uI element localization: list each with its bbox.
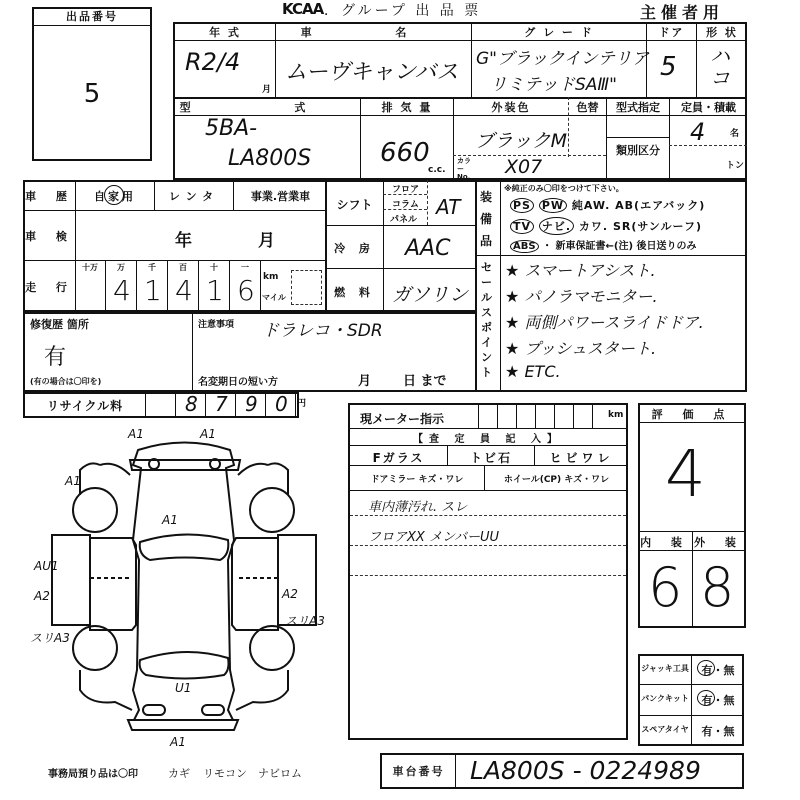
mileage-digit-cell: 十1 (199, 260, 230, 312)
inspection-month-unit: 月 (258, 226, 275, 251)
color-no-label: カラーNo. (457, 157, 477, 181)
lot-label: 出品番号 (34, 9, 150, 26)
tool-label: スペアタイヤ (640, 724, 690, 735)
ac-value: AAC (405, 236, 450, 261)
star-icon: ★ (505, 313, 519, 332)
remark-line-2: フロアXX メンバーUU (368, 526, 499, 545)
recycle-digit-cell: 9 (235, 392, 265, 418)
sales-point-item: ★ 両側パワースライドドア. (505, 310, 704, 333)
star-icon: ★ (505, 287, 519, 306)
glass-chip: トビ石 (448, 449, 534, 466)
shift-option-floor: フロア (392, 182, 419, 195)
damage-mark: A1 (64, 474, 81, 488)
shift-option-panel: パネル (390, 212, 417, 225)
glass-crack: ヒビワレ (535, 449, 628, 466)
sales-points-label: セールスポイント (481, 260, 495, 380)
name-change-label: 名変期日の短い方 (198, 373, 278, 388)
recycle-digit-cell: 7 (205, 392, 235, 418)
door-label: ドア (647, 24, 696, 40)
tool-label: パンクキット (640, 693, 690, 704)
mileage-unit-mile: マイル (262, 292, 286, 303)
damage-mark: A1 (169, 735, 186, 749)
damage-mark: スリA3 (30, 631, 70, 645)
tool-label: ジャッキ工具 (640, 663, 690, 674)
chassis-value: LA800S - 0224989 (470, 756, 701, 785)
equipment-row2: TV ナビ. カワ. SR(サンルーフ) (510, 217, 702, 235)
grade-line2: リミテッドSAⅢ" (490, 70, 617, 95)
mileage-label: 走 行 (25, 279, 75, 295)
meter-label: 現メーター指示 (360, 410, 444, 427)
mileage-digit-cell: 一6 (230, 260, 261, 312)
recycle-digit-cell (145, 392, 175, 418)
type-designation-label: 型式指定 (607, 99, 669, 115)
exterior-label: 外 装 (692, 534, 746, 550)
history-option-rental: レンタ (155, 188, 233, 204)
office-note: 事務局預り品は〇印 (48, 765, 138, 780)
office-item-remote: リモコン (203, 765, 247, 781)
mileage-digit-cell: 千1 (137, 260, 168, 312)
damage-mark: U1 (175, 681, 191, 695)
damage-mark: A1 (199, 427, 216, 441)
model-label: 型 式 (175, 99, 360, 115)
mirror-label: ドアミラー キズ・ワレ (350, 472, 484, 485)
lot-number: 5 (34, 79, 150, 109)
glass-label: Fガラス (350, 449, 447, 466)
mileage-digit-cell: 十万 (75, 260, 106, 312)
year-label: 年 式 (175, 24, 275, 40)
model-line1: 5BA- (205, 116, 257, 141)
header-title: ．グループ 出 品 票 (324, 0, 481, 20)
star-icon: ★ (505, 261, 519, 280)
fuel-value: ガソリン (392, 280, 468, 307)
score-overall: 4 (665, 438, 706, 512)
header-brand: KCAA (282, 0, 323, 18)
interior-label: 内 装 (638, 534, 692, 550)
displacement-label: 排 気 量 (361, 99, 453, 115)
recycle-digit-cell: 0 (265, 392, 295, 418)
door-value: 5 (660, 52, 677, 82)
shift-label: シフト (326, 196, 383, 213)
equipment-note: ※純正のみ〇印をつけて下さい。 (504, 183, 624, 194)
capacity-value: 4 (690, 118, 705, 146)
recycle-label: リサイクル料 (25, 397, 145, 414)
name-change-day: 日 まで (403, 370, 447, 389)
capacity-label: 定員・積載 (670, 99, 747, 115)
sales-point-item: ★ スマートアシスト. (505, 258, 656, 281)
damage-mark: A1 (127, 427, 144, 441)
mileage-unit-km: km (263, 272, 278, 282)
repair-label: 修復歴 箇所 (30, 316, 89, 332)
shift-value: AT (436, 195, 460, 219)
model-line2: LA800S (228, 146, 311, 171)
lot-box: 出品番号 5 (32, 7, 152, 161)
wheel-label: ホイール(CP) キズ・ワレ (485, 472, 628, 485)
tool-value: 有・無 (693, 723, 743, 739)
repair-value: 有 (44, 340, 66, 371)
car-name-value: ムーヴキャンバス (285, 55, 458, 86)
star-icon: ★ (505, 362, 519, 381)
mileage-digit-cell: 万4 (106, 260, 137, 312)
inspector-label: 【査 定 員 記 入】 (348, 430, 628, 445)
sales-point-item: ★ ETC. (505, 362, 561, 381)
shape-label: 形 状 (697, 24, 747, 40)
car-name-label: 車 名 (276, 24, 471, 40)
exterior-score: 8 (700, 556, 734, 619)
header-usage: 主催者用 (640, 0, 724, 23)
score-label: 評 価 点 (638, 406, 746, 422)
color-value: ブラックM (475, 126, 567, 153)
fuel-label: 燃 料 (326, 284, 383, 300)
load-unit: トン (726, 158, 744, 171)
inspection-year-unit: 年 (175, 226, 192, 251)
inspection-label: 車 検 (25, 228, 75, 244)
office-item-navrom: ナビロム (258, 765, 302, 781)
grade-label: グ レ ー ド (472, 24, 646, 40)
displacement-unit: c.c. (428, 165, 446, 175)
damage-mark: A1 (161, 513, 178, 527)
office-item-key: カギ (168, 765, 190, 781)
meter-unit: km (608, 410, 623, 420)
damage-mark: A2 (281, 587, 298, 601)
chassis-label: 車台番号 (382, 763, 455, 779)
damage-mark: AU1 (33, 559, 59, 573)
name-change-month: 月 (358, 370, 371, 389)
recycle-digit-cell: 8 (175, 392, 205, 418)
history-option-business: 事業.営業車 (234, 188, 327, 204)
star-icon: ★ (505, 339, 519, 358)
category-label: 類別区分 (607, 142, 669, 158)
history-label: 車 歴 (25, 188, 75, 204)
shape-value: ハコ (710, 45, 730, 89)
displacement-value: 660 (380, 138, 430, 168)
repair-note: (有の場合は〇印を) (30, 376, 101, 387)
capacity-unit: 名 (730, 126, 739, 139)
mileage-digit-cell: 百4 (168, 260, 199, 312)
notes-label: 注意事項 (198, 317, 234, 330)
grade-line1: G"ブラックインテリア (476, 44, 649, 69)
remark-line-1: 車内薄汚れ. スレ (368, 496, 467, 515)
year-value: R2/4 (185, 48, 240, 76)
damage-mark: スリA3 (285, 614, 325, 628)
damage-mark: A2 (33, 589, 50, 603)
notes-value: ドラレコ・SDR (262, 316, 383, 341)
year-month-unit: 月 (262, 82, 271, 95)
color-label: 外装色 (454, 99, 568, 115)
sales-point-item: ★ プッシュスタート. (505, 336, 656, 359)
car-damage-diagram: A1A1A1A1AU1A2スリA3A2スリA3U1A1 (20, 420, 340, 750)
interior-score: 6 (648, 556, 682, 619)
equipment-row1: PS PW 純AW. AB(エアバック) (510, 197, 705, 213)
ac-label: 冷 房 (326, 240, 383, 256)
color-change-label: 色替 (569, 99, 606, 115)
equipment-row3: ABS ・ 新車保証書←(注) 後日送りのみ (510, 237, 697, 253)
sales-point-item: ★ パノラマモニター. (505, 284, 658, 307)
equipment-label: 装備品 (480, 186, 495, 252)
color-no-value: X07 (505, 156, 542, 178)
recycle-unit: 円 (295, 392, 309, 418)
shift-option-column: コラム (392, 197, 419, 210)
